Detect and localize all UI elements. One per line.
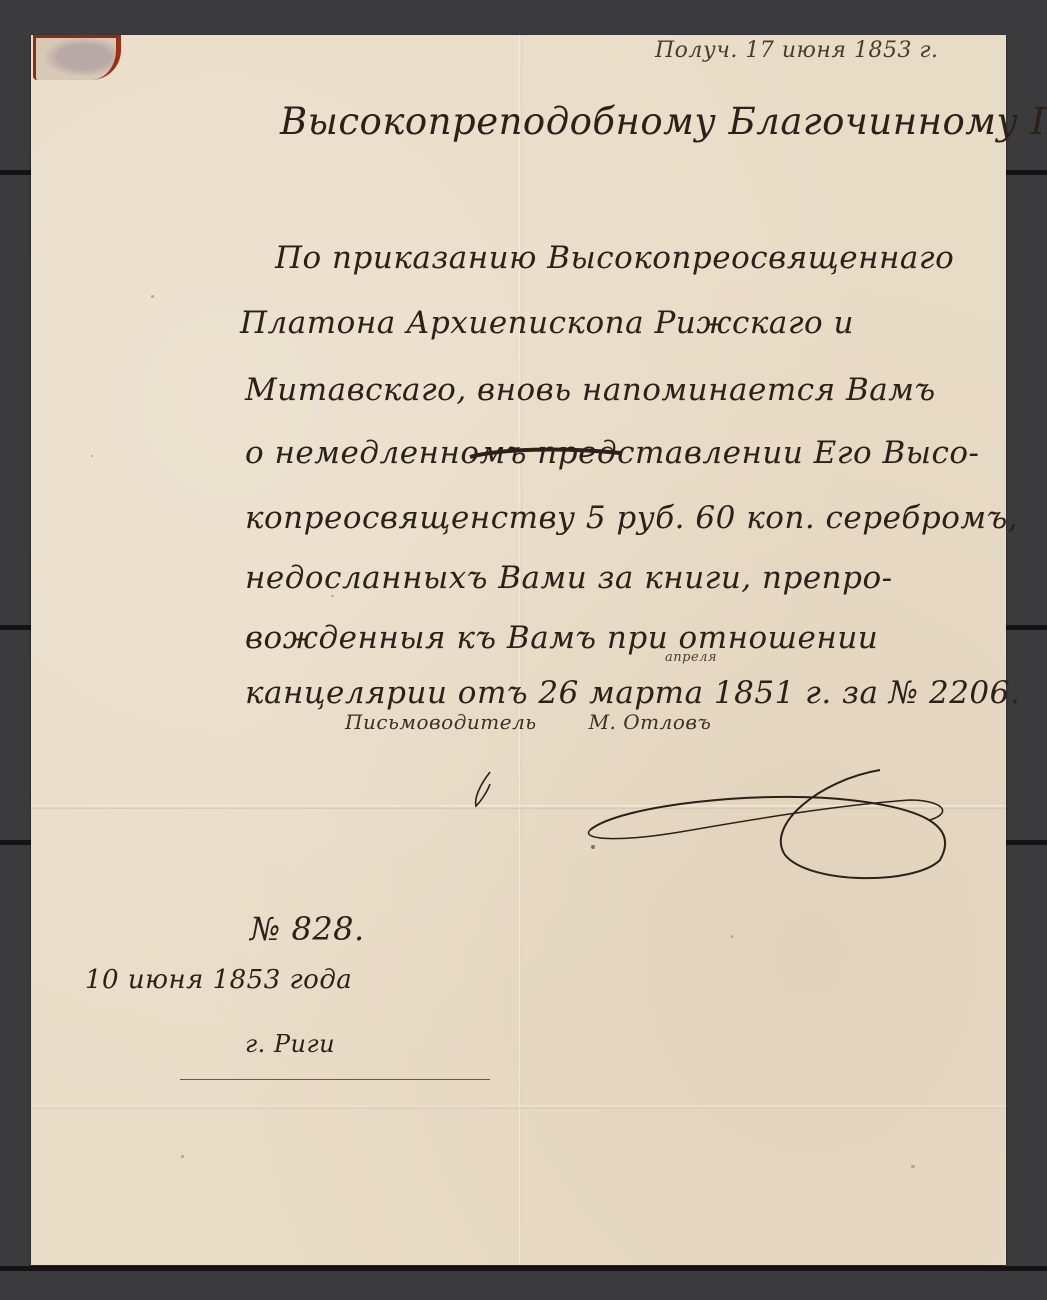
registry-place: г. Риги <box>245 1030 335 1058</box>
body-line: вожденныя къ Вамъ при отношении <box>245 620 878 656</box>
registry-underline <box>180 1079 490 1080</box>
body-line: недосланныхъ Вами за книги, препро- <box>245 560 893 596</box>
paper-speck <box>91 455 93 457</box>
body-line: Платона Архиепископа Рижскаго и <box>240 305 854 341</box>
registry-date: 10 июня 1853 года <box>85 965 352 995</box>
secretary-title: Письмоводитель <box>345 710 537 734</box>
stockbook-strip <box>0 1266 1047 1271</box>
wax-seal-remnant <box>33 35 121 80</box>
body-line: По приказанию Высокопреосвященнаго <box>275 240 954 276</box>
received-note: Получ. 17 июня 1853 г. <box>655 38 939 63</box>
salutation: Высокопреподобному Благочинному Поспелов… <box>280 100 1047 143</box>
body-line: копреосвященству 5 руб. 60 коп. серебром… <box>245 500 1018 536</box>
horizontal-fold <box>31 1105 1006 1109</box>
secretary-name: М. Отловъ <box>589 710 712 734</box>
signature-title: Письмоводитель М. Отловъ <box>345 710 711 734</box>
signature-flourish <box>560 760 980 890</box>
body-line: Митавскаго, вновь напоминается Вамъ <box>245 372 936 408</box>
underline-flourish <box>450 445 650 465</box>
paper-speck <box>911 1165 915 1168</box>
registry-number: № 828. <box>250 910 365 948</box>
paper-speck <box>181 1155 184 1158</box>
paper-speck <box>731 935 733 938</box>
paper-speck <box>151 295 154 298</box>
interlinear-note: апреля <box>665 650 717 665</box>
pen-mark <box>470 770 500 810</box>
body-line: канцелярии отъ 26 марта 1851 г. за № 220… <box>245 675 1020 711</box>
